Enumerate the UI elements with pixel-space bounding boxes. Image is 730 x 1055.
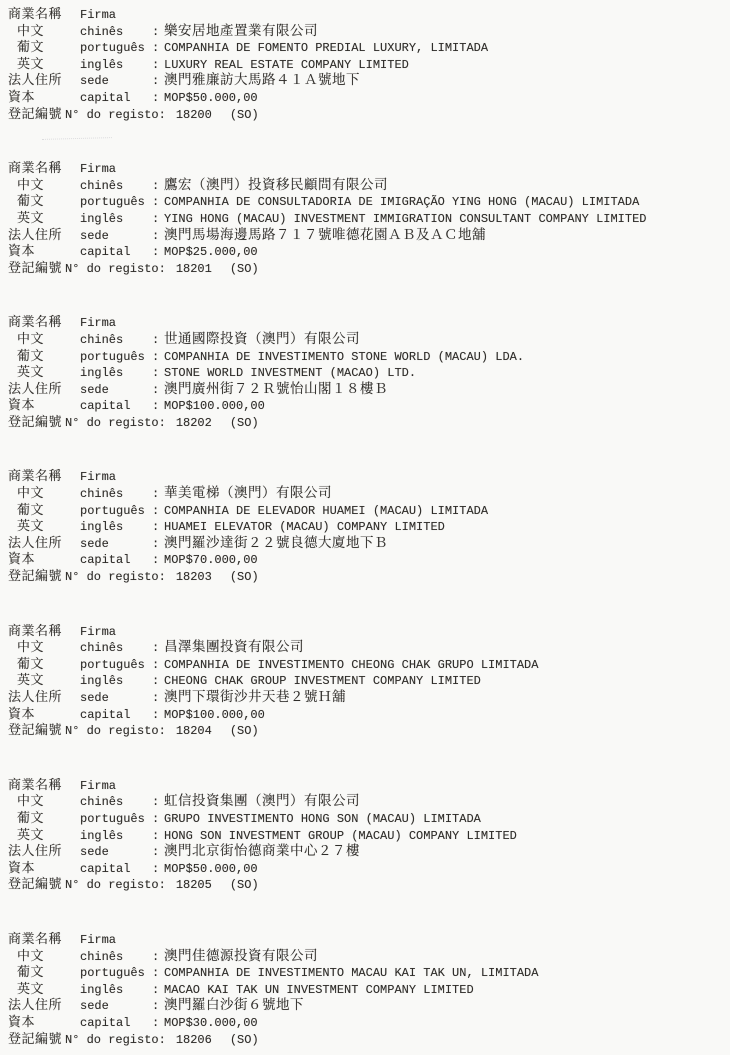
colon-separator: : [152,794,164,811]
portuguese-label-pt: português [80,811,152,828]
company-record: 商業名稱 Firma 中文 chinês : 澳門佳德源投資有限公司 葡文 po… [0,931,730,1047]
sede-label-pt: sede [80,690,152,707]
firm-label-pt: Firma [80,469,152,486]
sede-label-pt: sede [80,536,152,553]
registration-number: 18202 [176,415,212,432]
company-name-chinese: 澳門佳德源投資有限公司 [164,948,318,965]
sede-label-zh: 法人住所 [0,535,80,552]
capital-row: 資本 capital : MOP$30.000,00 [0,1014,730,1031]
chinese-label-pt: chinês [80,486,152,503]
registration-suffix: (SO) [230,723,259,740]
company-name-chinese: 樂安居地產置業有限公司 [164,23,318,40]
firm-label-pt: Firma [80,778,152,795]
english-name-row: 英文 inglês : HONG SON INVESTMENT GROUP (M… [0,827,730,844]
capital-label-zh: 資本 [0,89,80,106]
colon-separator: : [152,657,164,674]
sede-label-pt: sede [80,382,152,399]
portuguese-label-zh: 葡文 [0,656,80,673]
company-name-english: HUAMEI ELEVATOR (MACAU) COMPANY LIMITED [164,519,445,536]
company-name-chinese: 虹信投資集團（澳門）有限公司 [164,793,360,810]
company-name-portuguese: COMPANHIA DE FOMENTO PREDIAL LUXURY, LIM… [164,40,488,57]
sede-label-pt: sede [80,228,152,245]
company-name-chinese: 華美電梯（澳門）有限公司 [164,485,332,502]
company-name-chinese: 鷹宏（澳門）投資移民顧問有限公司 [164,177,388,194]
colon-separator: : [152,552,164,569]
registration-number: 18200 [176,107,212,124]
company-record: 商業名稱 Firma 中文 chinês : 虹信投資集團（澳門）有限公司 葡文… [0,777,730,893]
portuguese-label-pt: português [80,503,152,520]
firm-label-pt: Firma [80,624,152,641]
portuguese-label-pt: português [80,965,152,982]
registration-number: 18204 [176,723,212,740]
registo-label-zh: 登記編號 [0,260,65,277]
company-record: 商業名稱 Firma 中文 chinês : 鷹宏（澳門）投資移民顧問有限公司 … [0,160,730,276]
colon-separator: : [152,332,164,349]
firm-label-zh: 商業名稱 [0,931,80,948]
portuguese-label-pt: português [80,40,152,57]
colon-separator: : [152,982,164,999]
portuguese-name-row: 葡文 português : COMPANHIA DE FOMENTO PRED… [0,39,730,56]
colon-separator: : [152,503,164,520]
registration-suffix: (SO) [230,1032,259,1049]
chinese-name-row: 中文 chinês : 澳門佳德源投資有限公司 [0,948,730,965]
portuguese-label-zh: 葡文 [0,348,80,365]
company-name-portuguese: COMPANHIA DE INVESTIMENTO CHEONG CHAK GR… [164,657,538,674]
sede-label-zh: 法人住所 [0,843,80,860]
capital-label-pt: capital [80,398,152,415]
registered-office-row: 法人住所 sede : 澳門北京街怡德商業中心２７樓 [0,843,730,860]
colon-separator: : [152,1015,164,1032]
colon-separator: : [152,828,164,845]
english-label-pt: inglês [80,828,152,845]
capital-amount: MOP$70.000,00 [164,552,258,569]
capital-row: 資本 capital : MOP$100.000,00 [0,397,730,414]
registration-number: 18206 [176,1032,212,1049]
chinese-label-pt: chinês [80,24,152,41]
registo-label-zh: 登記編號 [0,722,65,739]
sede-label-zh: 法人住所 [0,227,80,244]
registration-suffix: (SO) [230,569,259,586]
company-name-chinese: 世通國際投資（澳門）有限公司 [164,331,360,348]
registered-office-row: 法人住所 sede : 澳門馬場海邊馬路７１７號唯德花園ＡＢ及ＡＣ地舖 [0,227,730,244]
registration-row: 登記編號 N° do registo: 18204 (SO) [0,722,730,739]
english-label-zh: 英文 [0,981,80,998]
chinese-label-zh: 中文 [0,23,80,40]
portuguese-label-zh: 葡文 [0,502,80,519]
chinese-label-pt: chinês [80,332,152,349]
capital-label-pt: capital [80,552,152,569]
company-record: 商業名稱 Firma 中文 chinês : 世通國際投資（澳門）有限公司 葡文… [0,314,730,430]
sede-label-zh: 法人住所 [0,72,80,89]
english-label-zh: 英文 [0,827,80,844]
colon-separator: : [152,844,164,861]
english-name-row: 英文 inglês : STONE WORLD INVESTMENT (MACA… [0,364,730,381]
portuguese-label-pt: português [80,194,152,211]
chinese-label-pt: chinês [80,640,152,657]
registration-row: 登記編號 N° do registo: 18200 (SO) [0,106,730,123]
registered-office-address: 澳門羅沙達街２２號良德大廈地下Ｂ [164,535,388,552]
chinese-label-zh: 中文 [0,177,80,194]
colon-separator: : [152,640,164,657]
capital-row: 資本 capital : MOP$50.000,00 [0,89,730,106]
capital-label-zh: 資本 [0,551,80,568]
chinese-name-row: 中文 chinês : 世通國際投資（澳門）有限公司 [0,331,730,348]
registered-office-address: 澳門雅廉訪大馬路４１Ａ號地下 [164,72,360,89]
english-name-row: 英文 inglês : YING HONG (MACAU) INVESTMENT… [0,210,730,227]
firm-header-row: 商業名稱 Firma [0,623,730,640]
company-name-portuguese: GRUPO INVESTIMENTO HONG SON (MACAU) LIMI… [164,811,481,828]
english-label-pt: inglês [80,365,152,382]
colon-separator: : [152,57,164,74]
company-name-english: HONG SON INVESTMENT GROUP (MACAU) COMPAN… [164,828,517,845]
capital-amount: MOP$50.000,00 [164,861,258,878]
chinese-label-zh: 中文 [0,485,80,502]
chinese-label-pt: chinês [80,949,152,966]
registo-label-pt: N° do registo: [65,261,166,278]
registration-suffix: (SO) [230,107,259,124]
capital-row: 資本 capital : MOP$100.000,00 [0,706,730,723]
colon-separator: : [152,707,164,724]
capital-label-zh: 資本 [0,243,80,260]
scanned-registry-page: { "page": { "background": "#f9f9f7", "te… [0,0,730,1055]
firm-label-zh: 商業名稱 [0,623,80,640]
sede-label-pt: sede [80,844,152,861]
company-name-english: YING HONG (MACAU) INVESTMENT IMMIGRATION… [164,211,646,228]
colon-separator: : [152,24,164,41]
english-label-zh: 英文 [0,364,80,381]
firm-label-zh: 商業名稱 [0,6,80,23]
chinese-label-zh: 中文 [0,639,80,656]
registo-label-pt: N° do registo: [65,1032,166,1049]
capital-label-zh: 資本 [0,1014,80,1031]
portuguese-label-pt: português [80,657,152,674]
portuguese-name-row: 葡文 português : COMPANHIA DE INVESTIMENTO… [0,656,730,673]
colon-separator: : [152,673,164,690]
firm-header-row: 商業名稱 Firma [0,160,730,177]
registration-suffix: (SO) [230,877,259,894]
registered-office-row: 法人住所 sede : 澳門雅廉訪大馬路４１Ａ號地下 [0,72,730,89]
registered-office-address: 澳門北京街怡德商業中心２７樓 [164,843,360,860]
firm-label-zh: 商業名稱 [0,160,80,177]
capital-amount: MOP$50.000,00 [164,90,258,107]
registration-row: 登記編號 N° do registo: 18206 (SO) [0,1031,730,1048]
english-label-pt: inglês [80,673,152,690]
colon-separator: : [152,349,164,366]
registo-label-pt: N° do registo: [65,877,166,894]
registo-label-zh: 登記編號 [0,1031,65,1048]
company-name-english: STONE WORLD INVESTMENT (MACAO) LTD. [164,365,416,382]
english-label-zh: 英文 [0,56,80,73]
english-name-row: 英文 inglês : MACAO KAI TAK UN INVESTMENT … [0,981,730,998]
colon-separator: : [152,486,164,503]
firm-label-zh: 商業名稱 [0,777,80,794]
colon-separator: : [152,73,164,90]
colon-separator: : [152,519,164,536]
colon-separator: : [152,861,164,878]
registo-label-pt: N° do registo: [65,107,166,124]
company-name-chinese: 昌澤集團投資有限公司 [164,639,304,656]
company-record: 商業名稱 Firma 中文 chinês : 樂安居地產置業有限公司 葡文 po… [0,6,730,122]
colon-separator: : [152,228,164,245]
portuguese-label-zh: 葡文 [0,193,80,210]
english-label-zh: 英文 [0,518,80,535]
capital-label-pt: capital [80,244,152,261]
company-name-portuguese: COMPANHIA DE INVESTIMENTO STONE WORLD (M… [164,349,524,366]
chinese-label-pt: chinês [80,794,152,811]
registo-label-zh: 登記編號 [0,568,65,585]
english-name-row: 英文 inglês : CHEONG CHAK GROUP INVESTMENT… [0,672,730,689]
registo-label-zh: 登記編號 [0,414,65,431]
chinese-name-row: 中文 chinês : 樂安居地產置業有限公司 [0,23,730,40]
colon-separator: : [152,398,164,415]
colon-separator: : [152,244,164,261]
colon-separator: : [152,536,164,553]
firm-label-zh: 商業名稱 [0,468,80,485]
english-label-pt: inglês [80,57,152,74]
firm-header-row: 商業名稱 Firma [0,468,730,485]
registo-label-pt: N° do registo: [65,723,166,740]
colon-separator: : [152,382,164,399]
capital-amount: MOP$30.000,00 [164,1015,258,1032]
registo-label-pt: N° do registo: [65,569,166,586]
capital-row: 資本 capital : MOP$50.000,00 [0,860,730,877]
registration-number: 18205 [176,877,212,894]
sede-label-pt: sede [80,73,152,90]
english-name-row: 英文 inglês : HUAMEI ELEVATOR (MACAU) COMP… [0,518,730,535]
chinese-label-zh: 中文 [0,793,80,810]
registry-records-list: 商業名稱 Firma 中文 chinês : 樂安居地產置業有限公司 葡文 po… [0,0,730,1047]
registered-office-row: 法人住所 sede : 澳門羅白沙街６號地下 [0,997,730,1014]
colon-separator: : [152,194,164,211]
colon-separator: : [152,90,164,107]
english-label-pt: inglês [80,211,152,228]
english-label-zh: 英文 [0,672,80,689]
registration-row: 登記編號 N° do registo: 18202 (SO) [0,414,730,431]
chinese-name-row: 中文 chinês : 虹信投資集團（澳門）有限公司 [0,793,730,810]
registration-row: 登記編號 N° do registo: 18205 (SO) [0,876,730,893]
registered-office-row: 法人住所 sede : 澳門廣州街７２Ｒ號怡山閣１８樓Ｂ [0,381,730,398]
capital-label-pt: capital [80,90,152,107]
capital-row: 資本 capital : MOP$25.000,00 [0,243,730,260]
english-name-row: 英文 inglês : LUXURY REAL ESTATE COMPANY L… [0,56,730,73]
capital-label-zh: 資本 [0,860,80,877]
registration-row: 登記編號 N° do registo: 18201 (SO) [0,260,730,277]
sede-label-zh: 法人住所 [0,689,80,706]
capital-label-pt: capital [80,1015,152,1032]
capital-label-zh: 資本 [0,706,80,723]
portuguese-name-row: 葡文 português : COMPANHIA DE CONSULTADORI… [0,193,730,210]
portuguese-label-zh: 葡文 [0,964,80,981]
company-record: 商業名稱 Firma 中文 chinês : 昌澤集團投資有限公司 葡文 por… [0,623,730,739]
capital-amount: MOP$100.000,00 [164,707,265,724]
colon-separator: : [152,178,164,195]
registered-office-row: 法人住所 sede : 澳門下環街沙井天巷２號Ｈ舖 [0,689,730,706]
registration-suffix: (SO) [230,261,259,278]
capital-label-pt: capital [80,861,152,878]
firm-label-pt: Firma [80,932,152,949]
colon-separator: : [152,40,164,57]
company-name-english: LUXURY REAL ESTATE COMPANY LIMITED [164,57,409,74]
firm-label-zh: 商業名稱 [0,314,80,331]
company-record: 商業名稱 Firma 中文 chinês : 華美電梯（澳門）有限公司 葡文 p… [0,468,730,584]
chinese-label-pt: chinês [80,178,152,195]
firm-header-row: 商業名稱 Firma [0,314,730,331]
sede-label-zh: 法人住所 [0,997,80,1014]
registered-office-address: 澳門馬場海邊馬路７１７號唯德花園ＡＢ及ＡＣ地舖 [164,227,486,244]
company-name-english: CHEONG CHAK GROUP INVESTMENT COMPANY LIM… [164,673,481,690]
capital-label-zh: 資本 [0,397,80,414]
firm-label-pt: Firma [80,7,152,24]
portuguese-name-row: 葡文 português : COMPANHIA DE ELEVADOR HUA… [0,502,730,519]
firm-header-row: 商業名稱 Firma [0,931,730,948]
chinese-label-zh: 中文 [0,331,80,348]
registo-label-pt: N° do registo: [65,415,166,432]
company-name-english: MACAO KAI TAK UN INVESTMENT COMPANY LIMI… [164,982,474,999]
capital-amount: MOP$100.000,00 [164,398,265,415]
company-name-portuguese: COMPANHIA DE INVESTIMENTO MACAU KAI TAK … [164,965,538,982]
colon-separator: : [152,365,164,382]
english-label-pt: inglês [80,519,152,536]
chinese-name-row: 中文 chinês : 昌澤集團投資有限公司 [0,639,730,656]
registered-office-row: 法人住所 sede : 澳門羅沙達街２２號良德大廈地下Ｂ [0,535,730,552]
registo-label-zh: 登記編號 [0,876,65,893]
sede-label-zh: 法人住所 [0,381,80,398]
capital-amount: MOP$25.000,00 [164,244,258,261]
firm-header-row: 商業名稱 Firma [0,777,730,794]
portuguese-name-row: 葡文 português : COMPANHIA DE INVESTIMENTO… [0,964,730,981]
capital-label-pt: capital [80,707,152,724]
firm-header-row: 商業名稱 Firma [0,6,730,23]
registered-office-address: 澳門羅白沙街６號地下 [164,997,304,1014]
portuguese-label-zh: 葡文 [0,810,80,827]
sede-label-pt: sede [80,998,152,1015]
company-name-portuguese: COMPANHIA DE ELEVADOR HUAMEI (MACAU) LIM… [164,503,488,520]
chinese-label-zh: 中文 [0,948,80,965]
colon-separator: : [152,998,164,1015]
registo-label-zh: 登記編號 [0,106,65,123]
colon-separator: : [152,965,164,982]
colon-separator: : [152,690,164,707]
english-label-zh: 英文 [0,210,80,227]
portuguese-name-row: 葡文 português : GRUPO INVESTIMENTO HONG S… [0,810,730,827]
registration-number: 18201 [176,261,212,278]
firm-label-pt: Firma [80,315,152,332]
colon-separator: : [152,949,164,966]
portuguese-name-row: 葡文 português : COMPANHIA DE INVESTIMENTO… [0,348,730,365]
portuguese-label-pt: português [80,349,152,366]
chinese-name-row: 中文 chinês : 華美電梯（澳門）有限公司 [0,485,730,502]
portuguese-label-zh: 葡文 [0,39,80,56]
chinese-name-row: 中文 chinês : 鷹宏（澳門）投資移民顧問有限公司 [0,177,730,194]
registration-row: 登記編號 N° do registo: 18203 (SO) [0,568,730,585]
firm-label-pt: Firma [80,161,152,178]
capital-row: 資本 capital : MOP$70.000,00 [0,551,730,568]
registration-suffix: (SO) [230,415,259,432]
registered-office-address: 澳門廣州街７２Ｒ號怡山閣１８樓Ｂ [164,381,388,398]
company-name-portuguese: COMPANHIA DE CONSULTADORIA DE IMIGRAÇÃO … [164,194,639,211]
colon-separator: : [152,211,164,228]
registration-number: 18203 [176,569,212,586]
english-label-pt: inglês [80,982,152,999]
registered-office-address: 澳門下環街沙井天巷２號Ｈ舖 [164,689,346,706]
colon-separator: : [152,811,164,828]
